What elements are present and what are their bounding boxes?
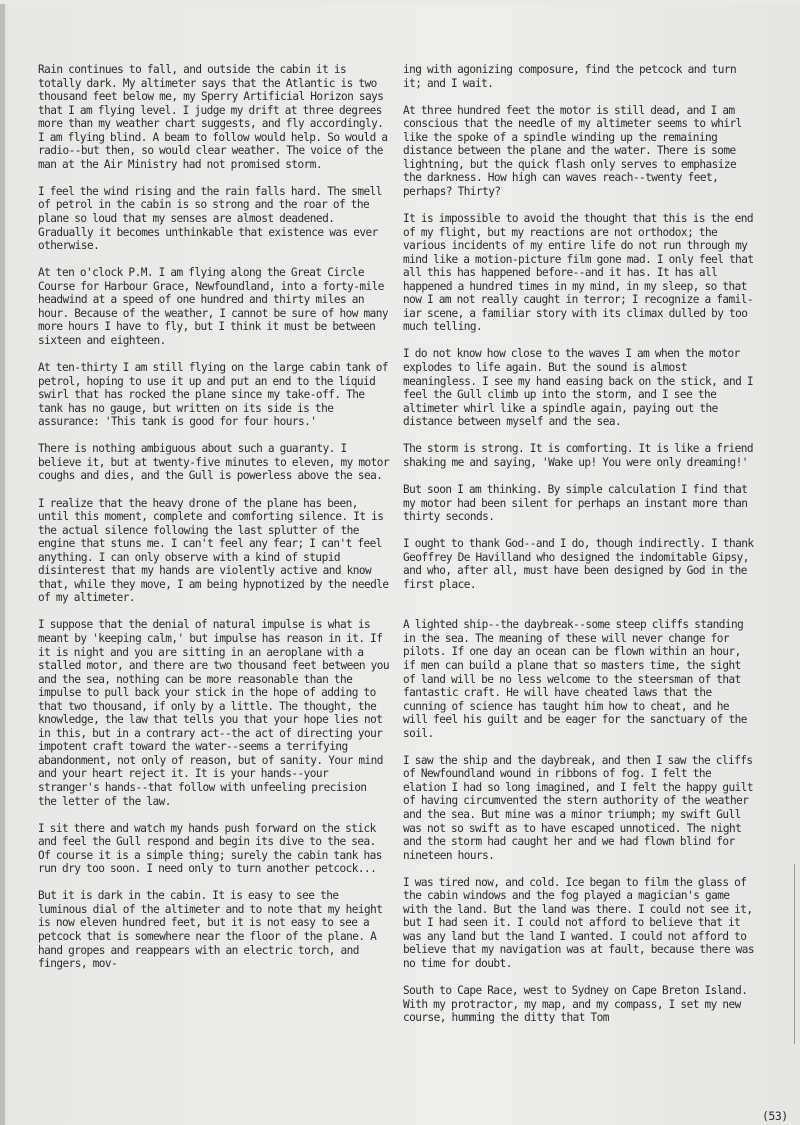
paragraph: I do not know how close to the waves I a… [403,347,758,428]
paragraph: It is impossible to avoid the thought th… [403,212,758,334]
scanned-page: Rain continues to fall, and outside the … [0,4,800,1125]
paragraph: ing with agonizing composure, find the p… [403,63,758,90]
paragraph: Rain continues to fall, and outside the … [38,63,390,171]
paragraph: I suppose that the denial of natural imp… [38,618,390,808]
paragraph: I saw the ship and the daybreak, and the… [403,754,758,862]
paragraph: There is nothing ambiguous about such a … [38,442,390,483]
left-text-column: Rain continues to fall, and outside the … [38,63,390,984]
paragraph: The storm is strong. It is comforting. I… [403,442,758,469]
margin-mark [794,864,795,1044]
paragraph: A lighted ship--the daybreak--some steep… [403,618,758,740]
paragraph: But soon I am thinking. By simple calcul… [403,483,758,524]
paragraph: I ought to thank God--and I do, though i… [403,537,758,591]
right-text-column: ing with agonizing composure, find the p… [403,63,758,1038]
page-binding-edge [0,4,5,1125]
paragraph: At ten-thirty I am still flying on the l… [38,361,390,429]
paragraph: South to Cape Race, west to Sydney on Ca… [403,984,758,1025]
page-number: (53) [762,1109,788,1123]
paragraph: I was tired now, and cold. Ice began to … [403,876,758,971]
paragraph: I feel the wind rising and the rain fall… [38,185,390,253]
paragraph: At ten o'clock P.M. I am flying along th… [38,266,390,347]
paragraph: But it is dark in the cabin. It is easy … [38,889,390,970]
paragraph: I sit there and watch my hands push forw… [38,822,390,876]
paragraph: I realize that the heavy drone of the pl… [38,497,390,605]
paragraph: At three hundred feet the motor is still… [403,104,758,199]
